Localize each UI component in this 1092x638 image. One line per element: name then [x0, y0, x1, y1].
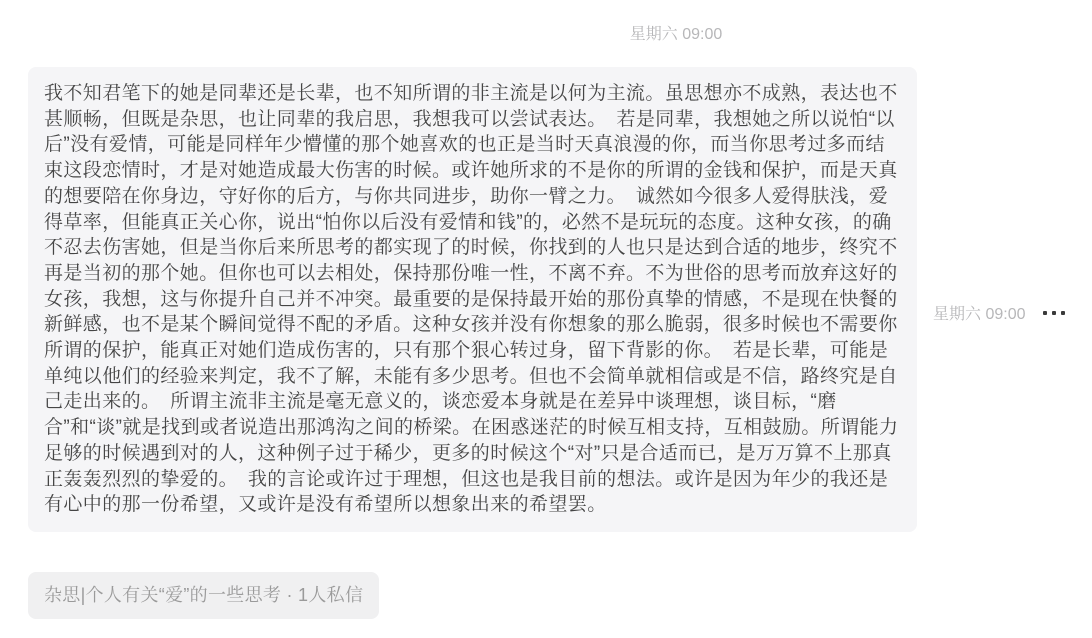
dot — [1052, 311, 1056, 315]
reference-card-label: 杂思|个人有关“爱”的一些思考 · 1人私信 — [44, 585, 363, 605]
dot — [1061, 311, 1065, 315]
message-meta: 星期六 09:00 — [933, 301, 1067, 324]
message-timestamp: 星期六 09:00 — [933, 301, 1026, 324]
chat-window: 星期六 09:00 我不知君笔下的她是同辈还是长辈，也不知所谓的非主流是以何为主… — [0, 0, 1092, 638]
dot — [1043, 311, 1047, 315]
conversation-timestamp: 星期六 09:00 — [630, 21, 723, 44]
more-options-icon[interactable] — [1041, 307, 1067, 319]
message-text: 我不知君笔下的她是同辈还是长辈，也不知所谓的非主流是以何为主流。虽思想亦不成熟，… — [44, 81, 901, 518]
reference-card[interactable]: 杂思|个人有关“爱”的一些思考 · 1人私信 — [28, 572, 379, 619]
message-bubble: 我不知君笔下的她是同辈还是长辈，也不知所谓的非主流是以何为主流。虽思想亦不成熟，… — [28, 67, 917, 532]
